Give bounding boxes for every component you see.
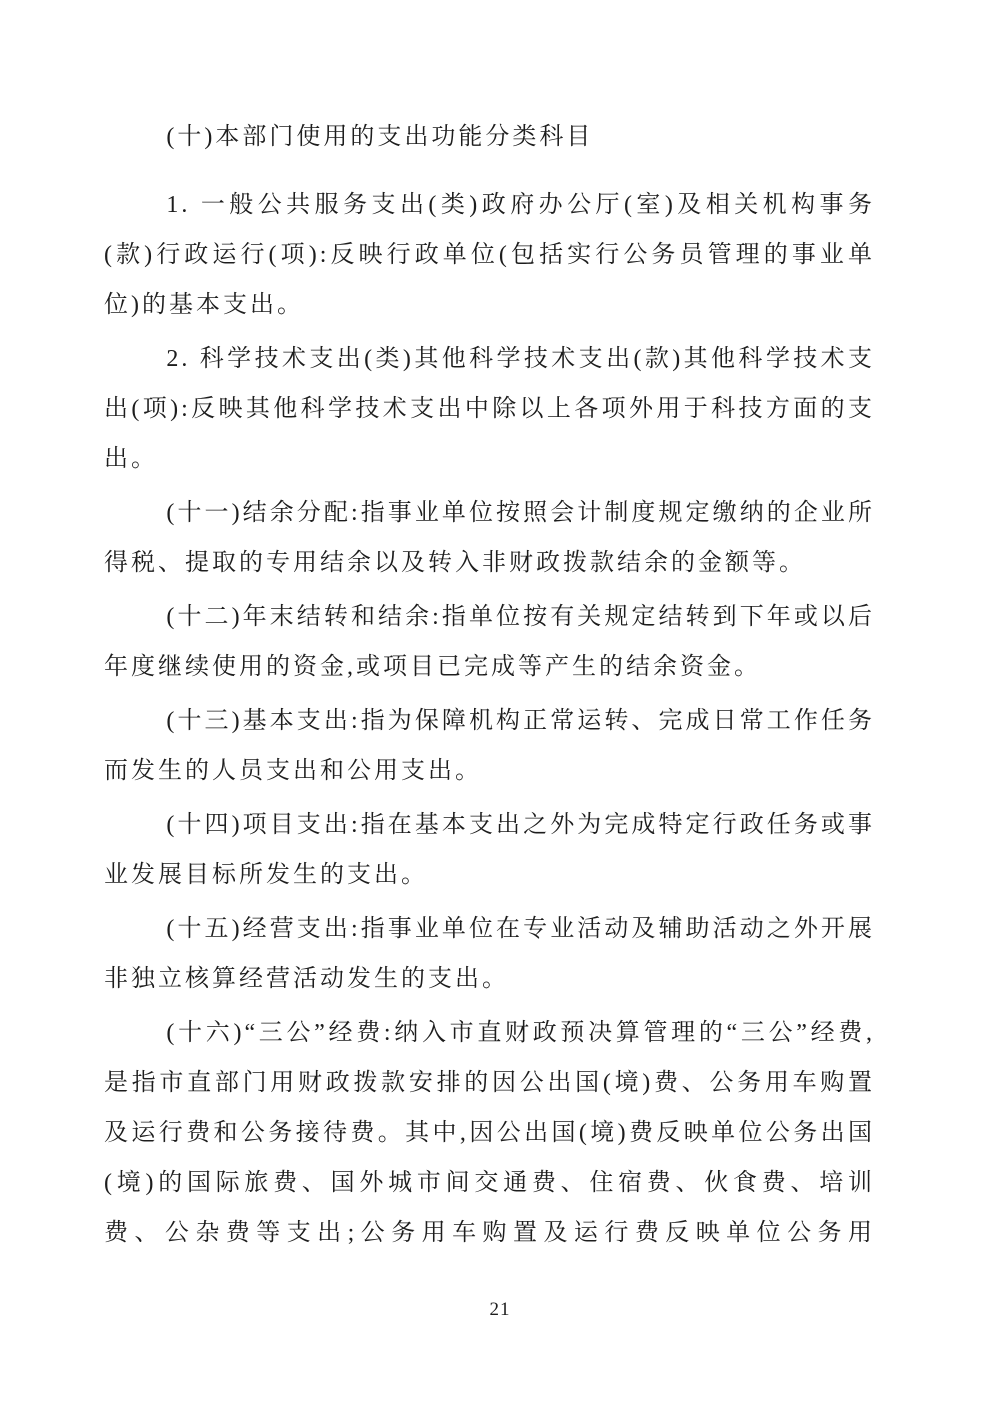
page-footer: 21: [0, 1296, 1000, 1324]
paragraph: (十二)年末结转和结余:指单位按有关规定结转到下年或以后年度继续使用的资金,或项…: [104, 592, 875, 692]
paragraph: 2. 科学技术支出(类)其他科学技术支出(款)其他科学技术支出(项):反映其他科…: [104, 334, 875, 484]
paragraph: (十一)结余分配:指事业单位按照会计制度规定缴纳的企业所得税、提取的专用结余以及…: [104, 488, 875, 588]
paragraph: (十四)项目支出:指在基本支出之外为完成特定行政任务或事业发展目标所发生的支出。: [104, 800, 875, 900]
paragraph: (十六)“三公”经费:纳入市直财政预决算管理的“三公”经费,是指市直部门用财政拨…: [104, 1008, 875, 1258]
paragraph: (十五)经营支出:指事业单位在专业活动及辅助活动之外开展非独立核算经营活动发生的…: [104, 904, 875, 1004]
page-number: 21: [490, 1299, 511, 1320]
document-page: (十)本部门使用的支出功能分类科目1. 一般公共服务支出(类)政府办公厅(室)及…: [0, 0, 1000, 1414]
document-body: (十)本部门使用的支出功能分类科目1. 一般公共服务支出(类)政府办公厅(室)及…: [104, 112, 875, 1262]
paragraph: 1. 一般公共服务支出(类)政府办公厅(室)及相关机构事务(款)行政运行(项):…: [104, 180, 875, 330]
paragraph: (十三)基本支出:指为保障机构正常运转、完成日常工作任务而发生的人员支出和公用支…: [104, 696, 875, 796]
section-heading: (十)本部门使用的支出功能分类科目: [104, 112, 875, 162]
